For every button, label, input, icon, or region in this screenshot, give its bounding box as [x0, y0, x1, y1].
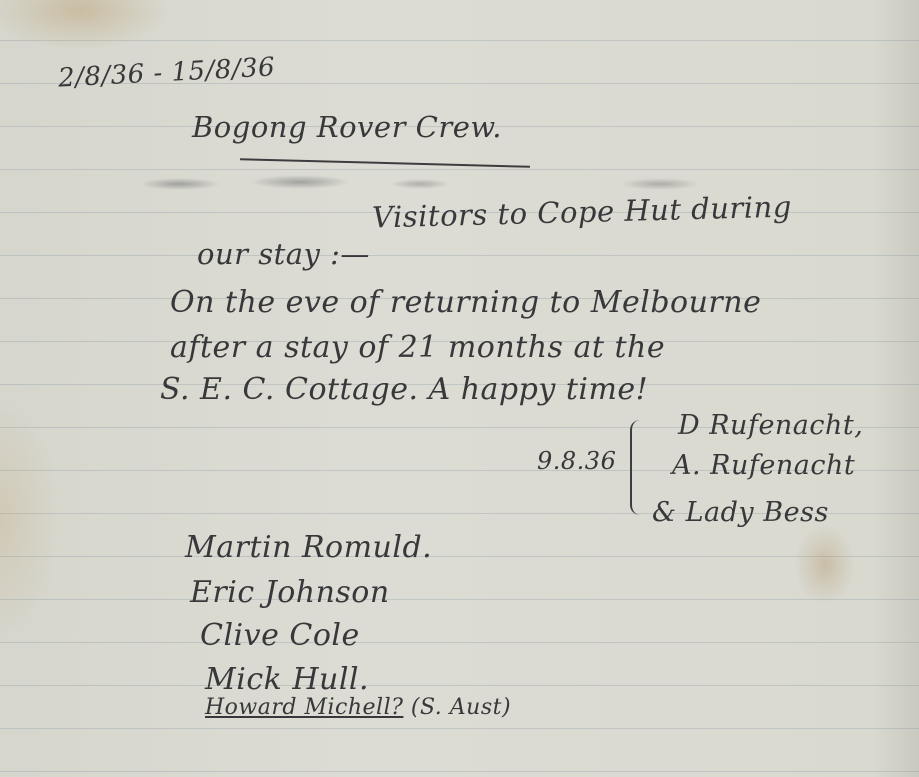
signatory-2: A. Rufenacht: [672, 450, 855, 481]
signatory-3: & Lady Bess: [652, 497, 829, 528]
signature-1: Martin Romuld.: [185, 530, 432, 565]
message-line-3: S. E. C. Cottage. A happy time!: [160, 372, 648, 407]
signature-3: Clive Cole: [200, 618, 360, 653]
intro-line-2: our stay :—: [197, 237, 370, 271]
handwritten-logbook-page: 2/8/36 - 15/8/36 Bogong Rover Crew. Visi…: [0, 0, 919, 777]
signature-5-note: (S. Aust): [411, 695, 511, 720]
page-heading: Bogong Rover Crew.: [192, 110, 502, 144]
intro-line-1: Visitors to Cope Hut during: [372, 190, 793, 235]
ink-smudge: [60, 172, 780, 194]
signature-5-name: Howard Michell?: [205, 695, 403, 720]
signature-brace: [630, 420, 652, 515]
message-line-1: On the eve of returning to Melbourne: [170, 285, 761, 320]
signatory-1: D Rufenacht,: [678, 410, 863, 441]
signature-4: Mick Hull.: [205, 662, 369, 697]
heading-underline: [240, 158, 530, 168]
signature-2: Eric Johnson: [190, 575, 390, 610]
date-range: 2/8/36 - 15/8/36: [57, 52, 276, 93]
signature-5: Howard Michell? (S. Aust): [205, 695, 511, 720]
message-line-2: after a stay of 21 months at the: [170, 330, 665, 365]
entry-date: 9.8.36: [537, 447, 616, 475]
